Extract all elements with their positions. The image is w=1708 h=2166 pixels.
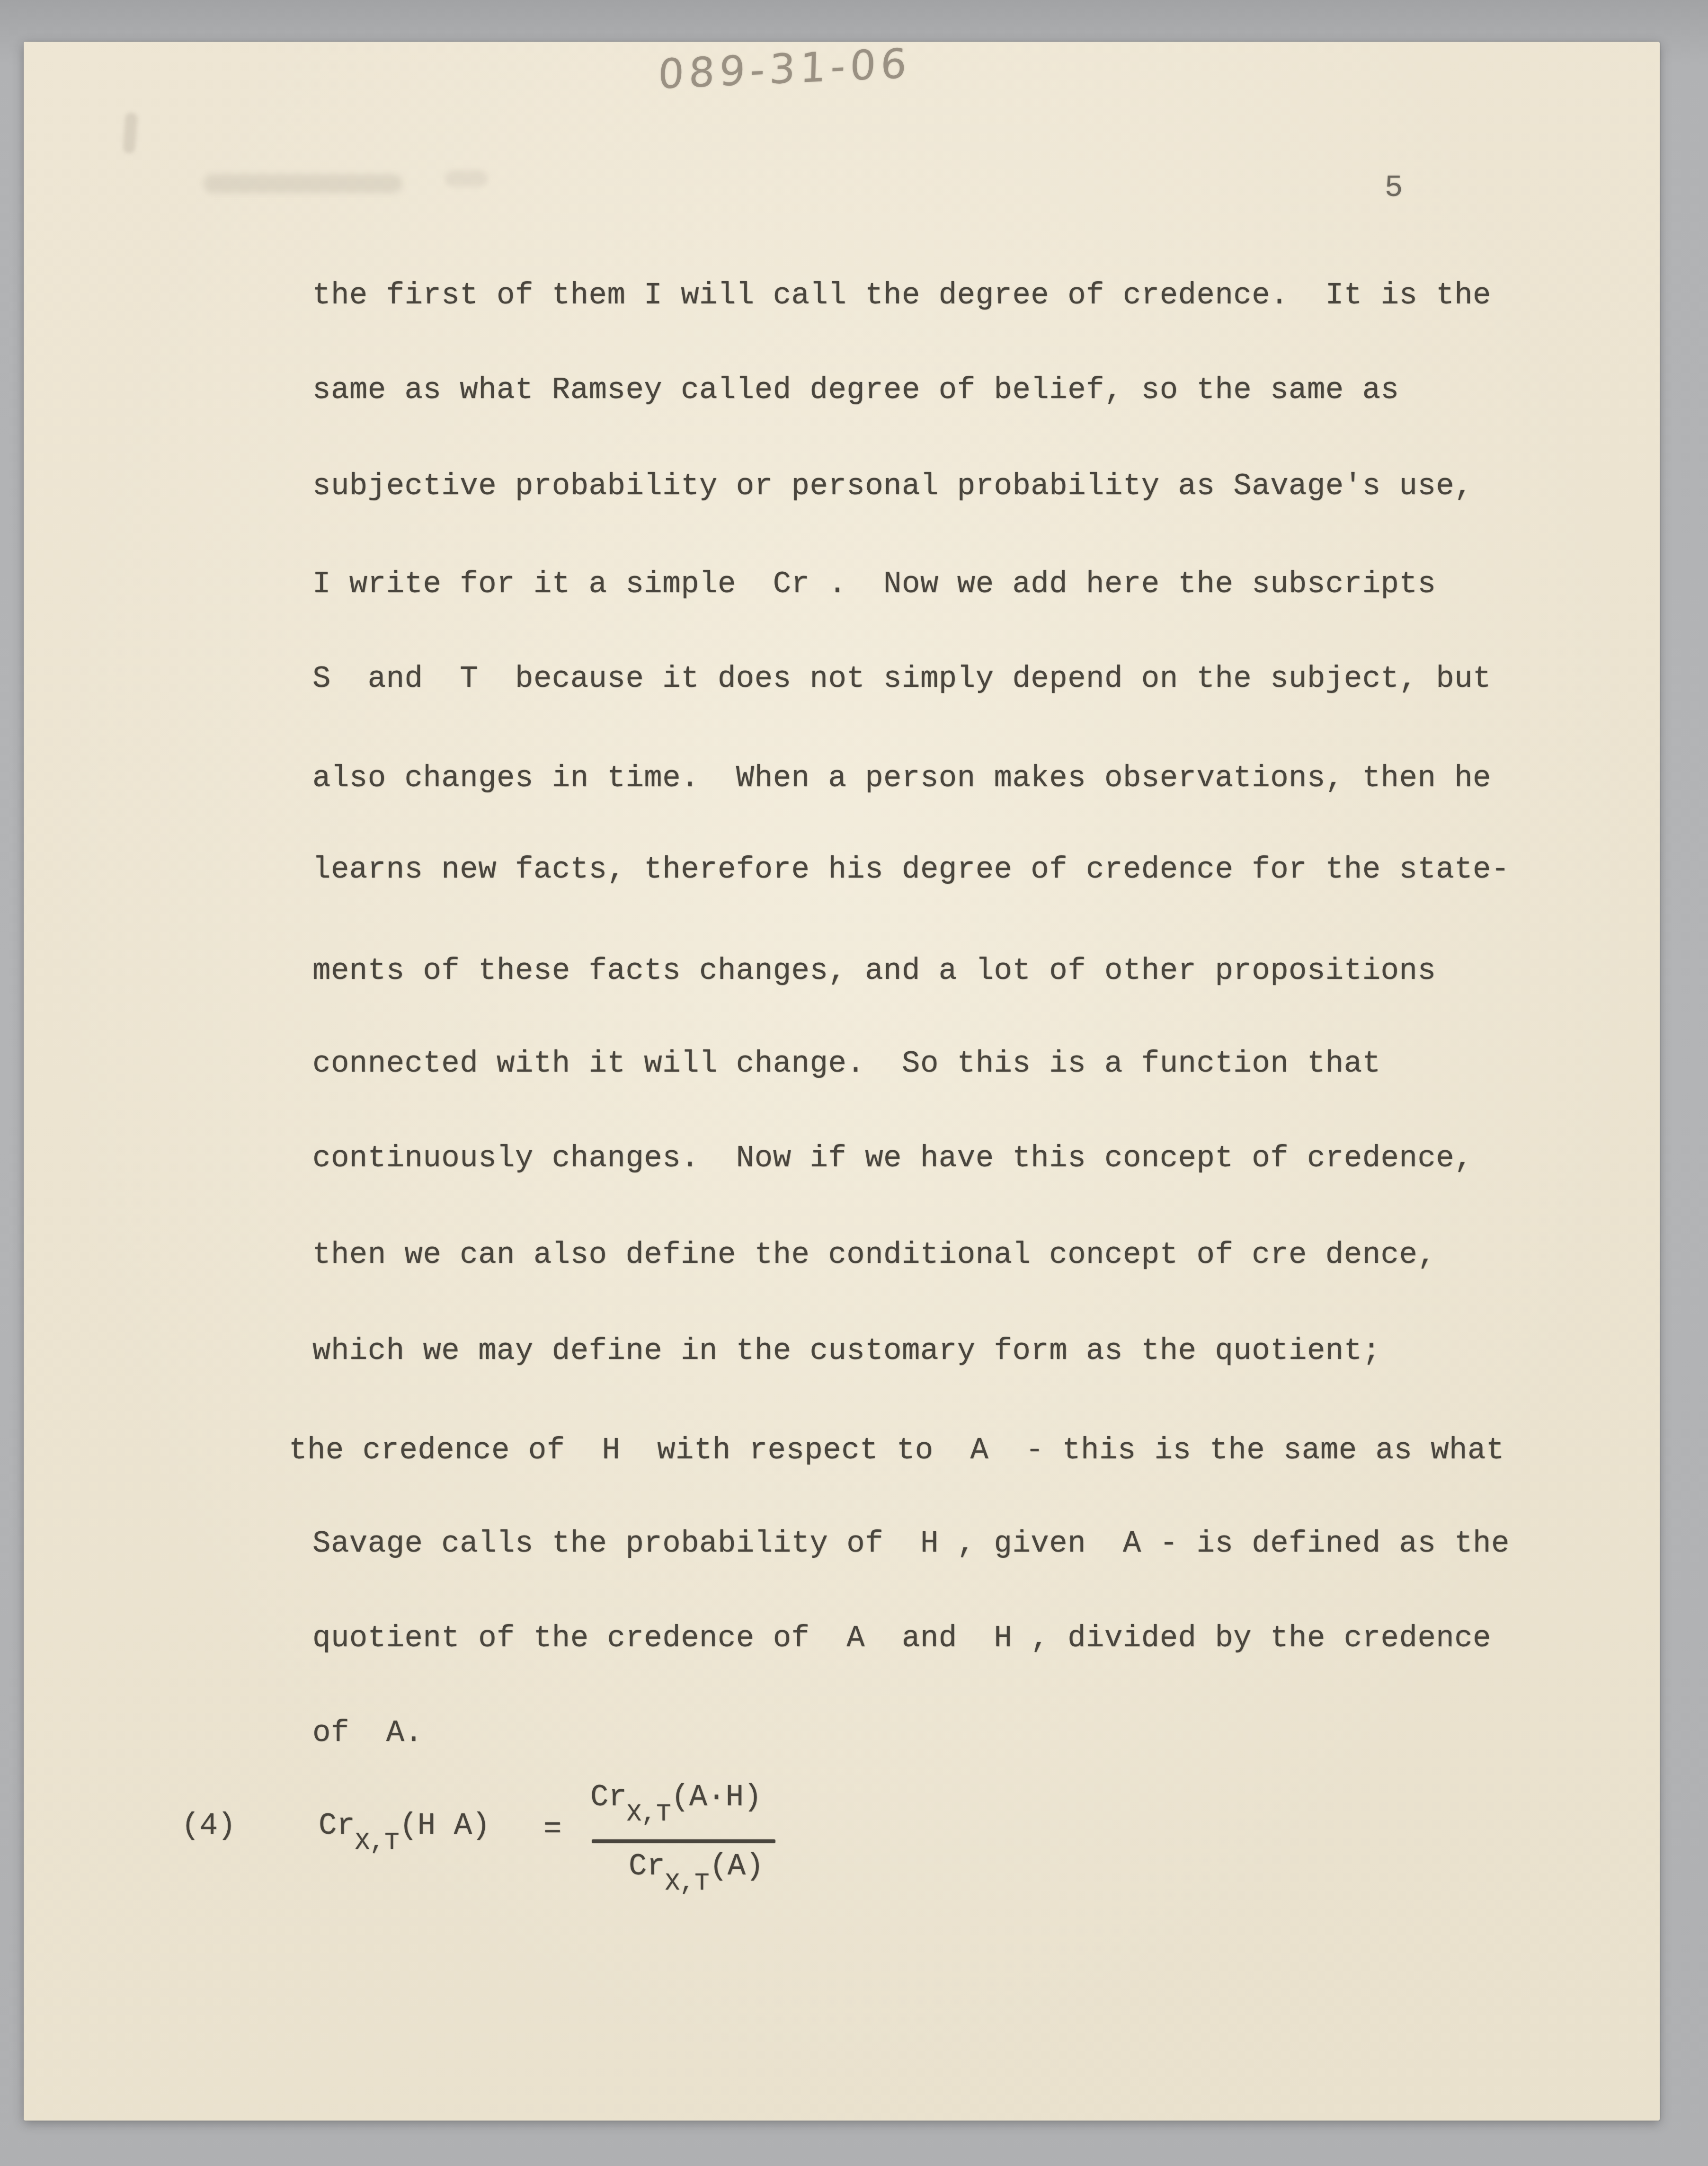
equals-sign: = <box>543 1813 561 1847</box>
equation-lhs: CrX,T(H A) <box>319 1809 490 1843</box>
cr-symbol: Cr <box>590 1781 627 1815</box>
typewritten-line: S and T because it does not simply depen… <box>312 663 1491 696</box>
page-number: 5 <box>1385 171 1403 205</box>
typewritten-line: connected with it will change. So this i… <box>312 1047 1381 1081</box>
subscript-xt: X,T <box>665 1869 710 1897</box>
typewritten-line: quotient of the credence of A and H , di… <box>312 1622 1491 1655</box>
typewritten-line: then we can also define the conditional … <box>312 1239 1436 1272</box>
typewritten-line: also changes in time. When a person make… <box>312 762 1491 795</box>
cr-symbol: Cr <box>629 1850 665 1884</box>
typewritten-line: learns new facts, therefore his degree o… <box>312 853 1510 887</box>
equation-label: (4) <box>181 1809 236 1843</box>
fraction-bar <box>592 1839 775 1843</box>
typewritten-line: the credence of H with respect to A - th… <box>289 1434 1504 1467</box>
typewritten-line: ments of these facts changes, and a lot … <box>312 955 1436 988</box>
typewritten-line: which we may define in the customary for… <box>312 1335 1381 1368</box>
faint-erased-smudge <box>204 174 402 193</box>
faint-erased-smudge <box>445 170 488 186</box>
subscript-xt: X,T <box>355 1829 400 1856</box>
typewritten-line: continuously changes. Now if we have thi… <box>312 1142 1473 1175</box>
fraction-numerator: CrX,T(A·H) <box>590 1781 762 1815</box>
numerator-arguments: (A·H) <box>671 1781 762 1815</box>
fraction-denominator: CrX,T(A) <box>629 1850 764 1884</box>
typewritten-line: the first of them I will call the degree… <box>312 279 1491 312</box>
typewritten-line: I write for it a simple Cr . Now we add … <box>312 568 1436 601</box>
cr-symbol: Cr <box>319 1809 355 1843</box>
typewritten-line: of A. <box>312 1717 423 1750</box>
typewritten-line: Savage calls the probability of H , give… <box>312 1527 1510 1561</box>
lhs-arguments: (H A) <box>399 1809 490 1843</box>
typewritten-line: same as what Ramsey called degree of bel… <box>312 374 1399 407</box>
typewritten-line: subjective probability or personal proba… <box>312 470 1473 503</box>
denominator-arguments: (A) <box>709 1850 764 1884</box>
scanned-page: 089-31-06 5 the first of them I will cal… <box>0 0 1708 2166</box>
paper-sheet <box>24 42 1660 2121</box>
subscript-xt: X,T <box>627 1800 671 1828</box>
